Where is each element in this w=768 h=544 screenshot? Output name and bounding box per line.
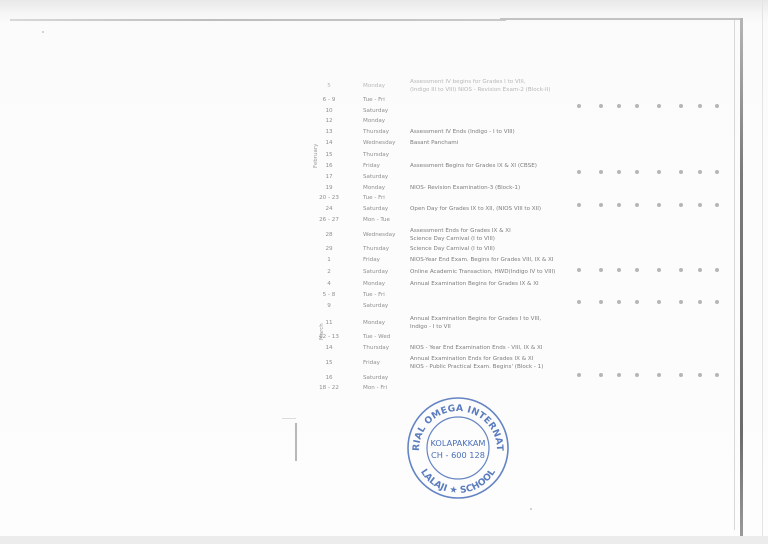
- calendar-day: Monday: [363, 282, 385, 288]
- calendar-event: Assessment Begins for Grades IX & XI (CB…: [410, 164, 537, 172]
- scan-dust: [530, 508, 532, 510]
- calendar-day: Monday: [363, 321, 385, 327]
- calendar-day: Thursday: [363, 130, 389, 136]
- calendar-day: Friday: [363, 164, 380, 170]
- calendar-date: 17: [300, 175, 358, 181]
- calendar-event: NIOS - Year End Examination Ends - VIII,…: [410, 346, 542, 354]
- calendar-day: Monday: [363, 84, 385, 90]
- calendar-date: 16: [300, 164, 358, 170]
- calendar-date: 26 - 27: [300, 218, 358, 224]
- calendar-day: Thursday: [363, 247, 389, 253]
- calendar-day: Saturday: [363, 376, 388, 382]
- event-text: NIOS-Year End Exam. Begins for Grades VI…: [410, 258, 554, 264]
- calendar-date: 18 - 22: [300, 386, 358, 392]
- stamp-line-1: KOLAPAKKAM: [431, 438, 486, 448]
- event-text: NIOS - Public Practical Exam. Begins' (B…: [410, 365, 543, 371]
- calendar-date: 13: [300, 130, 358, 136]
- event-text: Online Academic Transaction, HWD(Indigo …: [410, 270, 555, 276]
- calendar-day: Tue - Fri: [363, 293, 385, 299]
- calendar-day: Saturday: [363, 207, 388, 213]
- event-text: Annual Examination Ends for Grades IX & …: [410, 357, 543, 363]
- stamp-arc-bottom: LALAJI ★ SCHOOL: [418, 467, 498, 496]
- calendar-event: Annual Examination Begins for Grades IX …: [410, 282, 539, 290]
- calendar-event: NIOS- Revision Examination-3 (Block-1): [410, 186, 520, 194]
- month-label-february: February: [313, 144, 319, 168]
- month-label-march: March: [319, 323, 325, 340]
- calendar-day: Wednesday: [363, 141, 395, 147]
- calendar-date: 24: [300, 207, 358, 213]
- event-text: Basant Panchami: [410, 141, 458, 147]
- scan-bottom-band: [0, 536, 768, 544]
- calendar-day: Saturday: [363, 175, 388, 181]
- calendar-date: 12: [300, 119, 358, 125]
- calendar-event: Basant Panchami: [410, 141, 458, 149]
- calendar-date: 1: [300, 258, 358, 264]
- calendar-date: 5 - 8: [300, 293, 358, 299]
- event-text: Annual Examination Begins for Grades I t…: [410, 317, 541, 323]
- event-text: Annual Examination Begins for Grades IX …: [410, 282, 539, 288]
- calendar-day: Saturday: [363, 109, 388, 115]
- calendar-event: Open Day for Grades IX to XII, (NIOS VII…: [410, 207, 541, 215]
- calendar-day: Mon - Fri: [363, 386, 387, 392]
- calendar-date: 11: [300, 321, 358, 327]
- calendar-day: Thursday: [363, 346, 389, 352]
- event-text: Indigo - I to VII: [410, 325, 541, 331]
- stray-scan-mark: [282, 418, 296, 419]
- event-text: Assessment Begins for Grades IX & XI (CB…: [410, 164, 537, 170]
- event-text: Assessment IV Ends (Indigo - I to VIII): [410, 130, 515, 136]
- calendar-event: NIOS-Year End Exam. Begins for Grades VI…: [410, 258, 554, 266]
- calendar-day: Tue - Fri: [363, 196, 385, 202]
- calendar-date: 16: [300, 376, 358, 382]
- calendar-date: 14: [300, 141, 358, 147]
- calendar-day: Saturday: [363, 270, 388, 276]
- svg-text:LALAJI ★ SCHOOL: LALAJI ★ SCHOOL: [418, 467, 498, 496]
- calendar-date: 20 - 23: [300, 196, 358, 202]
- calendar-event: Online Academic Transaction, HWD(Indigo …: [410, 270, 555, 278]
- stray-scan-mark: [295, 423, 297, 461]
- calendar-date: 12 - 13: [300, 335, 358, 341]
- calendar-day: Tue - Fri: [363, 98, 385, 104]
- event-text: Science Day Carnival (I to VIII): [410, 247, 495, 253]
- stamp-line-2: CH - 600 128: [431, 450, 485, 460]
- calendar-date: 14: [300, 346, 358, 352]
- scan-border: [762, 0, 763, 544]
- scan-dust: [42, 31, 44, 33]
- event-text: Open Day for Grades IX to XII, (NIOS VII…: [410, 207, 541, 213]
- calendar-date: 28: [300, 233, 358, 239]
- calendar-day: Tue - Wed: [363, 335, 390, 341]
- calendar-day: Monday: [363, 119, 385, 125]
- calendar-event: Assessment IV begins for Grades I to VII…: [410, 80, 551, 95]
- calendar-day: Wednesday: [363, 233, 395, 239]
- event-text: Science Day Carnival (I to VIII): [410, 237, 511, 243]
- calendar-event: Assessment IV Ends (Indigo - I to VIII): [410, 130, 515, 138]
- calendar-date: 19: [300, 186, 358, 192]
- academic-calendar: 5MondayAssessment IV begins for Grades I…: [300, 0, 580, 400]
- calendar-day: Saturday: [363, 304, 388, 310]
- page-right-edge: [740, 18, 743, 538]
- event-text: Assessment Ends for Grades IX & XI: [410, 229, 511, 235]
- calendar-date: 2: [300, 270, 358, 276]
- calendar-date: 4: [300, 282, 358, 288]
- event-text: NIOS- Revision Examination-3 (Block-1): [410, 186, 520, 192]
- calendar-date: 10: [300, 109, 358, 115]
- calendar-event: Science Day Carnival (I to VIII): [410, 247, 495, 255]
- calendar-date: 9: [300, 304, 358, 310]
- event-text: NIOS - Year End Examination Ends - VIII,…: [410, 346, 542, 352]
- calendar-day: Monday: [363, 186, 385, 192]
- calendar-day: Thursday: [363, 153, 389, 159]
- calendar-day: Friday: [363, 258, 380, 264]
- page-right-inner-edge: [734, 20, 735, 530]
- calendar-day: Friday: [363, 361, 380, 367]
- calendar-event: Annual Examination Ends for Grades IX & …: [410, 357, 543, 372]
- calendar-date: 5: [300, 84, 358, 90]
- calendar-event: Assessment Ends for Grades IX & XIScienc…: [410, 229, 511, 244]
- calendar-date: 15: [300, 153, 358, 159]
- event-text: Assessment IV begins for Grades I to VII…: [410, 80, 551, 86]
- calendar-date: 6 - 9: [300, 98, 358, 104]
- calendar-date: 29: [300, 247, 358, 253]
- calendar-day: Mon - Tue: [363, 218, 390, 224]
- school-stamp: MEMORIAL OMEGA INTERNATIONAL LALAJI ★ SC…: [405, 395, 511, 501]
- calendar-event: Annual Examination Begins for Grades I t…: [410, 317, 541, 332]
- calendar-date: 15: [300, 361, 358, 367]
- event-text: (Indigo III to VIII) NIOS - Revision Exa…: [410, 88, 551, 94]
